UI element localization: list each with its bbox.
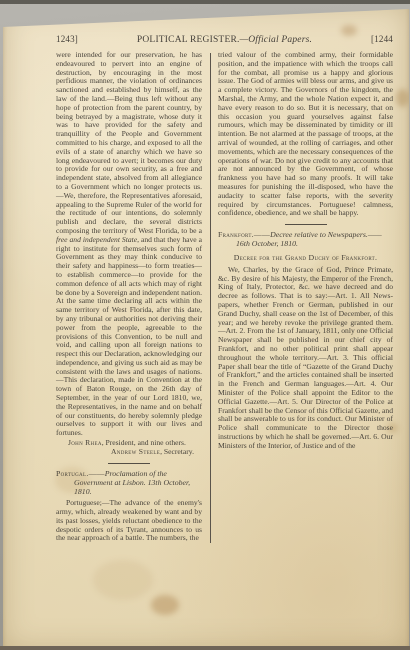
page-number-left: 1243] xyxy=(56,34,78,44)
scan-edge-bottom xyxy=(0,646,410,650)
journal-title-text: POLITICAL REGISTER. xyxy=(137,35,240,45)
decree-subheading: Decree for the Grand Duchy of Frankfort. xyxy=(224,253,387,262)
portugal-section-heading: Portugal.——Proclamation of the Governmen… xyxy=(56,469,202,497)
section-divider xyxy=(285,224,327,225)
left-column: were intended for our preservation, he h… xyxy=(56,51,202,543)
scan-edge-top xyxy=(0,0,410,4)
page-number-right: [1244 xyxy=(371,34,393,44)
foxing-stain xyxy=(151,595,179,615)
signature-title: , Secretary. xyxy=(160,447,194,456)
foxing-stain xyxy=(396,89,409,107)
declaration-text-end: , and that they have a right to institut… xyxy=(56,235,202,438)
declaration-text: were intended for our preservation, he h… xyxy=(56,50,202,235)
signature-title: , President, and nine others. xyxy=(102,438,186,447)
decree-paragraph: We, Charles, by the Grace of God, Prince… xyxy=(218,266,393,451)
signature-name: John Rhea xyxy=(68,438,102,447)
signature-name: Andrew Steele xyxy=(111,447,160,456)
frankfort-label: Frankfort.—— xyxy=(218,230,270,239)
declaration-paragraph: were intended for our preservation, he h… xyxy=(56,51,202,438)
foxing-stain xyxy=(93,560,153,600)
right-column: tried valour of the combined army, their… xyxy=(218,51,393,543)
page-header: 1243] POLITICAL REGISTER.—Official Paper… xyxy=(56,34,393,45)
section-divider xyxy=(108,463,150,464)
portugal-paragraph-continued: tried valour of the combined army, their… xyxy=(218,51,393,218)
declaration-italic-phrase: free and independent State xyxy=(56,235,137,244)
two-column-layout: were intended for our preservation, he h… xyxy=(56,51,393,543)
journal-subtitle: —Official Papers. xyxy=(240,35,313,45)
column-rule xyxy=(210,53,211,543)
page-content: 1243] POLITICAL REGISTER.—Official Paper… xyxy=(56,34,393,543)
frankfort-section-heading: Frankfort.——Decree relative to Newspaper… xyxy=(218,230,393,248)
journal-title: POLITICAL REGISTER.—Official Papers. xyxy=(137,35,312,45)
signature-line-secretary: Andrew Steele, Secretary. xyxy=(56,448,202,457)
portugal-label: Portugal.—— xyxy=(56,469,105,478)
portugal-paragraph: Portuguese;—The advance of the enemy's a… xyxy=(56,499,202,543)
